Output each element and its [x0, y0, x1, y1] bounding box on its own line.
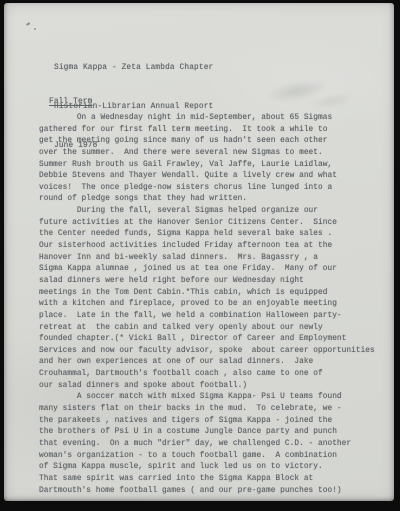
- text-line: future activities at the Hanover Senior …: [39, 218, 391, 230]
- text-line: the parakeets , natives and tigers of Si…: [39, 416, 391, 428]
- text-line: woman's organization - to a touch footba…: [39, 451, 391, 463]
- text-line: founded chapter.(* Vicki Ball , Director…: [39, 334, 391, 346]
- text-line: That same spirit was carried into the Si…: [39, 474, 391, 486]
- text-line: Services and now our faculty advisor, sp…: [39, 346, 391, 358]
- text-line: that evening. On a much "drier" day, we …: [39, 439, 391, 451]
- text-line: Dartmouth's home football games ( and ou…: [39, 486, 391, 498]
- text-line: round of pledge songs that they had writ…: [39, 194, 391, 206]
- text-line: retreat at the cabin and talked very ope…: [39, 323, 391, 335]
- text-line: our salad dinners and spoke about footba…: [39, 381, 391, 393]
- text-line: Our sisterhood activities included Frida…: [39, 241, 391, 253]
- text-line: meetings in the Tom Dent Cabin.*This cab…: [39, 288, 391, 300]
- scanned-document: Sigma Kappa - Zeta Lambda Chapter Histor…: [0, 0, 400, 511]
- text-line: Crouhammal, Dartmouth's football coach ,…: [39, 369, 391, 381]
- text-line: many sisters flat on their backs in the …: [39, 404, 391, 416]
- text-line: the brothers of Psi U in a costume Jungl…: [39, 427, 391, 439]
- text-line: with a kitchen and fireplace, proved to …: [39, 299, 391, 311]
- text-line: During the fall, several Sigmas helped o…: [39, 206, 391, 218]
- text-line: Hanover Inn and bi-weekly salad dinners.…: [39, 253, 391, 265]
- text-line: Summer Rush brouth us Gail Frawley, Val …: [39, 160, 391, 172]
- text-line: get the meeting going since many of us h…: [39, 136, 391, 148]
- text-line: and her own experiences at one of our sa…: [39, 357, 391, 369]
- text-line: gathered for our first fall term meeting…: [39, 125, 391, 137]
- text-line: over the summer. And there were several …: [39, 148, 391, 160]
- report-page: Sigma Kappa - Zeta Lambda Chapter Histor…: [4, 3, 394, 501]
- text-line: the Center needed funds, Sigma Kappa hel…: [39, 229, 391, 241]
- text-line: voices! The once pledge-now sisters chor…: [39, 183, 391, 195]
- header-line-chapter: Sigma Kappa - Zeta Lambda Chapter: [54, 62, 213, 75]
- report-body: On a Wednesday night in mid-September, a…: [39, 113, 391, 497]
- text-line: place. Late in the fall, we held a combi…: [39, 311, 391, 323]
- text-line: of Sigma Kappa muscle, spirit and luck l…: [39, 462, 391, 474]
- text-line: A soccer match with mixed Sigma Kappa- P…: [39, 392, 391, 404]
- text-line: Debbie Stevens and Thayer Wendall. Quite…: [39, 171, 391, 183]
- text-line: On a Wednesday night in mid-September, a…: [39, 113, 391, 125]
- section-heading-fall-term: Fall Term: [49, 97, 92, 108]
- pen-mark: [26, 22, 38, 32]
- text-line: salad dinners were held right before our…: [39, 276, 391, 288]
- text-line: Sigma Kappa alumnae , joined us at tea o…: [39, 264, 391, 276]
